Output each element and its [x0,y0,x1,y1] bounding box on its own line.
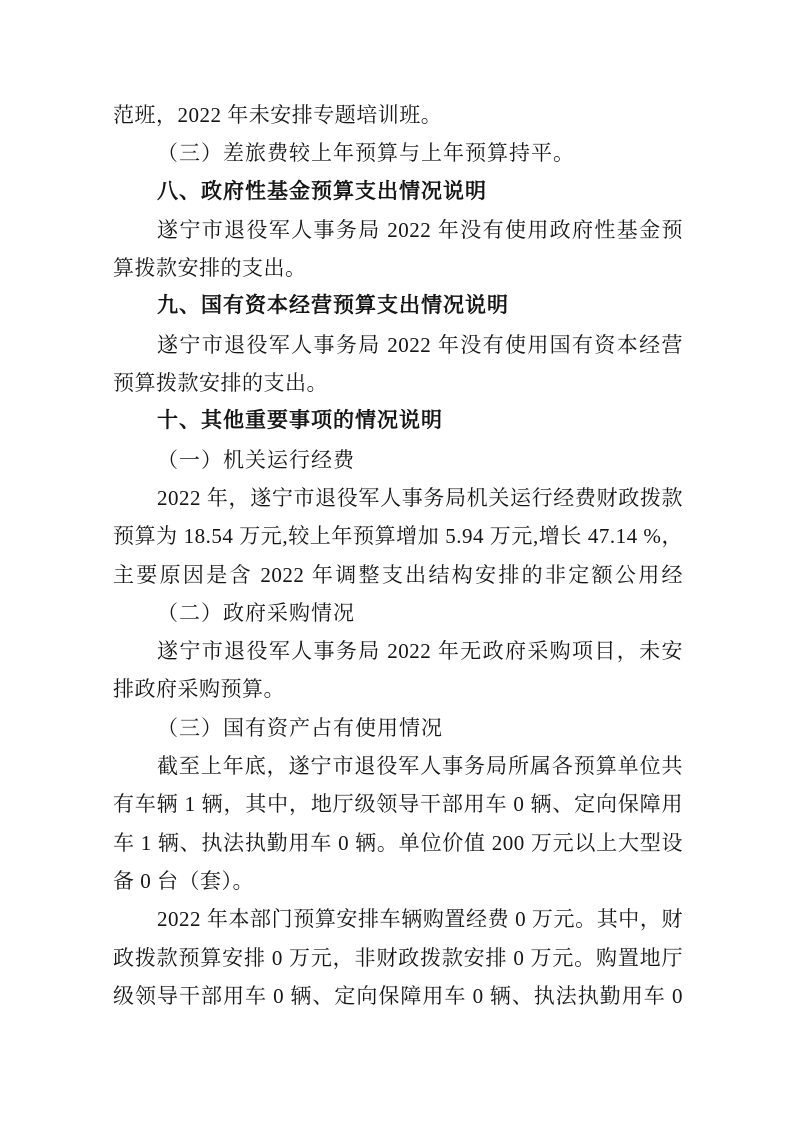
body-line: 有车辆 1 辆，其中，地厅级领导干部用车 0 辆、定向保障用 [113,785,683,823]
body-line: 遂宁市退役军人事务局 2022 年无政府采购项目，未安 [113,632,683,670]
subheading-state-assets: （三）国有资产占有使用情况 [113,709,683,747]
body-line: 算拨款安排的支出。 [113,249,683,287]
subheading-travel-expense: （三）差旅费较上年预算与上年预算持平。 [113,134,683,172]
body-line: 截至上年底，遂宁市退役军人事务局所属各预算单位共 [113,747,683,785]
body-line: 政拨款预算安排 0 万元，非财政拨款安排 0 万元。购置地厅 [113,939,683,977]
body-line: 车 1 辆、执法执勤用车 0 辆。单位价值 200 万元以上大型设 [113,824,683,862]
body-line: 主要原因是含 2022 年调整支出结构安排的非定额公用经费。 [113,556,683,594]
body-line: 级领导干部用车 0 辆、定向保障用车 0 辆、执法执勤用车 0 [113,977,683,1015]
body-line: 遂宁市退役军人事务局 2022 年没有使用国有资本经营 [113,326,683,364]
body-line: 预算拨款安排的支出。 [113,364,683,402]
subheading-operating-funds: （一）机关运行经费 [113,441,683,479]
document-page: 范班，2022 年未安排专题培训班。 （三）差旅费较上年预算与上年预算持平。 八… [0,0,793,1122]
body-line: 2022 年，遂宁市退役军人事务局机关运行经费财政拨款 [113,479,683,517]
section-heading-eight: 八、政府性基金预算支出情况说明 [113,173,683,211]
paragraph-continuation-line: 范班，2022 年未安排专题培训班。 [113,96,683,134]
subheading-procurement: （二）政府采购情况 [113,594,683,632]
body-line: 排政府采购预算。 [113,670,683,708]
body-line: 备 0 台（套）。 [113,862,683,900]
body-line: 预算为 18.54 万元,较上年预算增加 5.94 万元,增长 47.14 %， [113,517,683,555]
section-heading-nine: 九、国有资本经营预算支出情况说明 [113,287,683,325]
section-heading-ten: 十、其他重要事项的情况说明 [113,402,683,440]
body-line: 2022 年本部门预算安排车辆购置经费 0 万元。其中，财 [113,900,683,938]
body-line: 遂宁市退役军人事务局 2022 年没有使用政府性基金预 [113,211,683,249]
